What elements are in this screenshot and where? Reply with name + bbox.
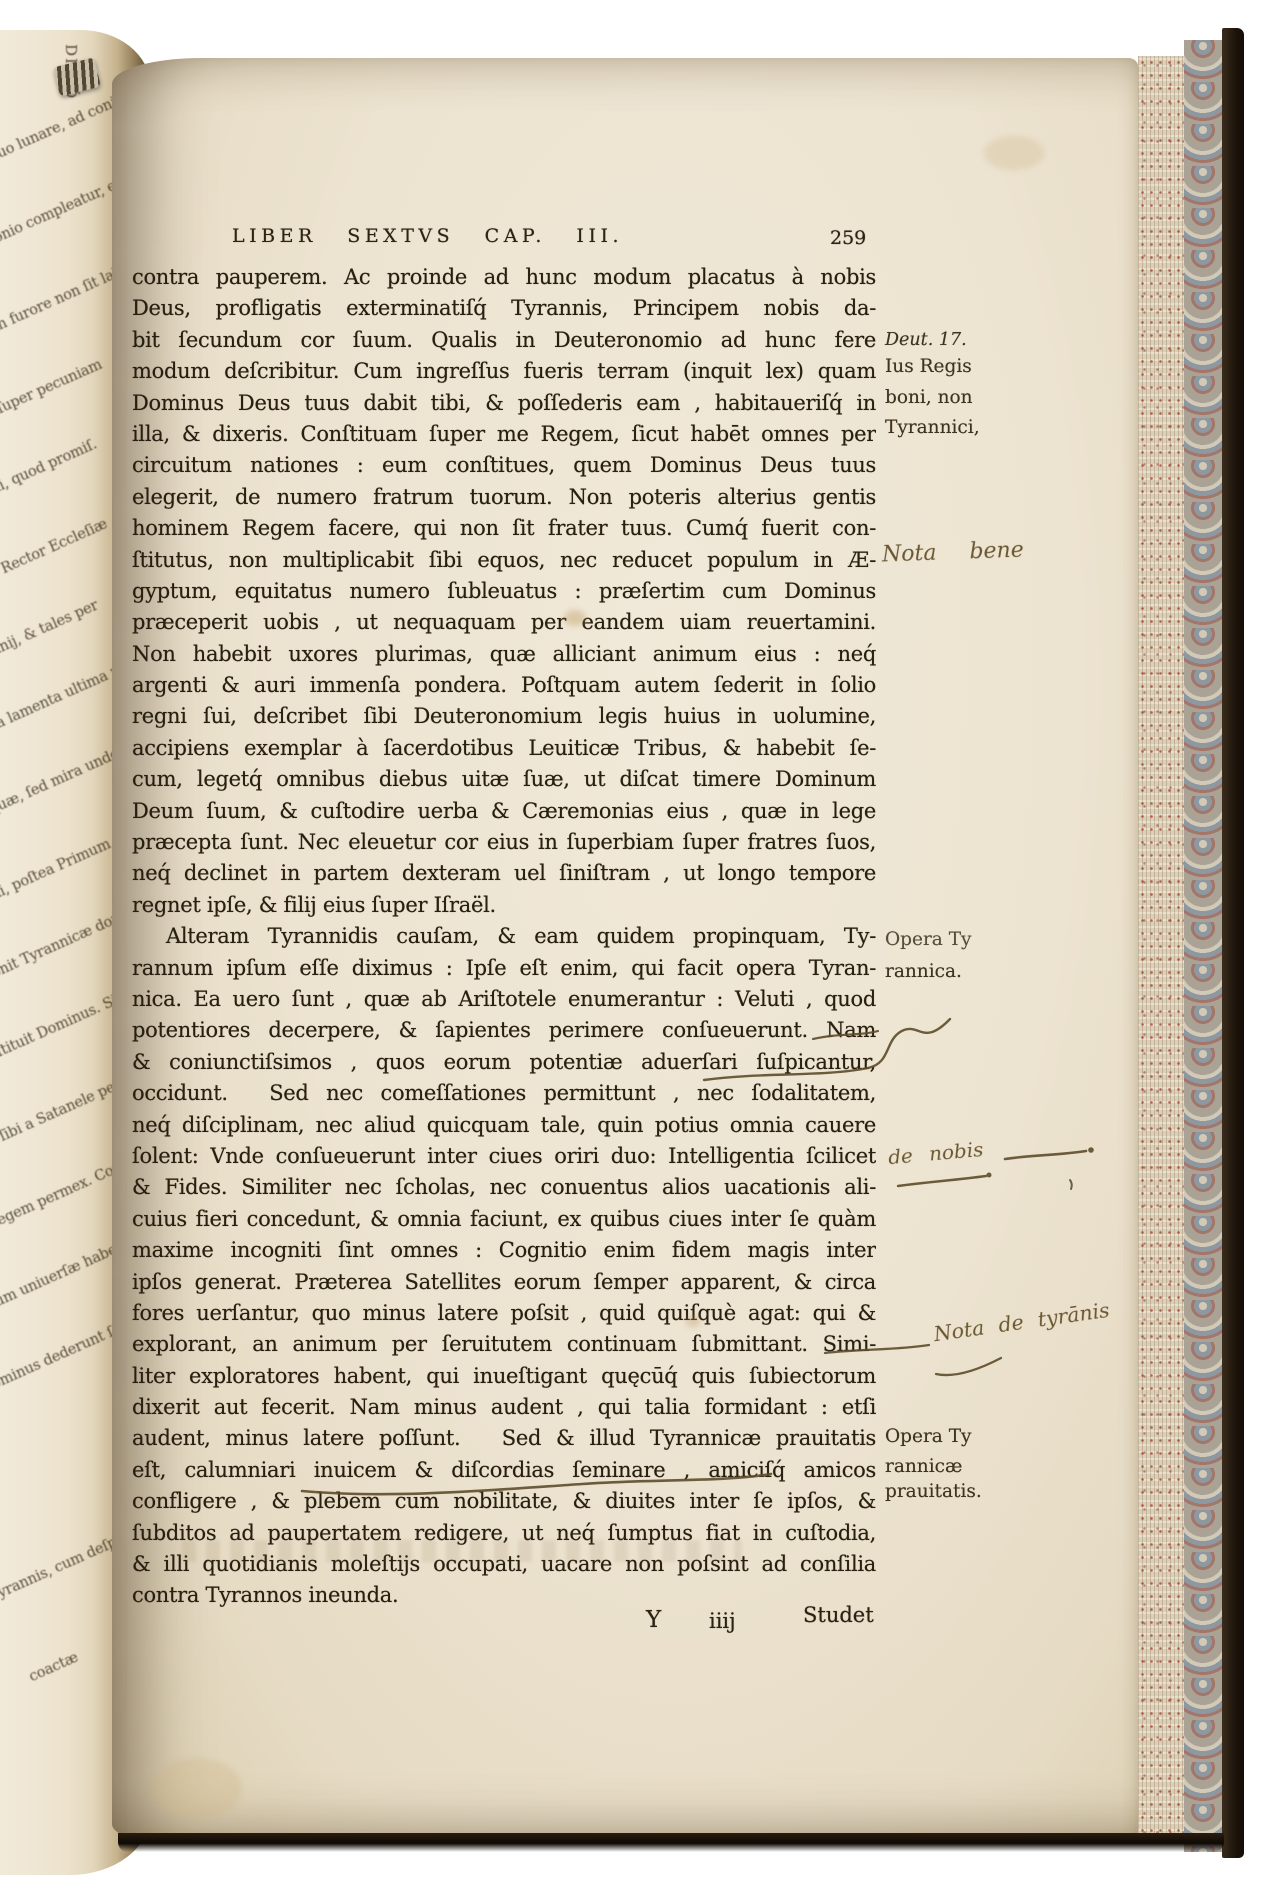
book-photo: DITIÕ auo lunare, ad conilla nonio compl… <box>0 0 1271 1890</box>
body-line: & coniunctiſsimos , quos eorum potentiæ … <box>132 1047 876 1078</box>
body-line: Deus, profligatis exterminatiſq́ Tyranni… <box>132 293 876 324</box>
body-line: hominem Regem facere, qui non ſit frater… <box>132 513 876 544</box>
margin-note: Deut. 17. <box>885 330 967 350</box>
catchword: Studet <box>803 1603 874 1627</box>
verso-text-fragment: coactæ <box>27 1650 81 1686</box>
body-line: Dominus Deus tuus dabit tibi, & poſſeder… <box>132 388 876 419</box>
page-number: 259 <box>830 227 866 249</box>
body-line: neq́ declinet in partem dexteram uel ſin… <box>132 858 876 889</box>
margin-note: Opera Ty <box>885 1426 972 1447</box>
body-line: præceperit uobis , ut nequaquam per eand… <box>132 607 876 638</box>
book-page: LIBER SEXTVS CAP. III. 259 contra pauper… <box>112 58 1138 1838</box>
ink-dash-de-nobis-2 <box>898 1176 986 1186</box>
margin-note: boni, non <box>885 387 973 408</box>
paper-stain <box>686 1316 700 1327</box>
handwritten-note: de nobis <box>887 1137 984 1169</box>
body-line: ſolent: Vnde conſueuerunt inter ciues or… <box>132 1141 876 1172</box>
paper-stain <box>152 1758 242 1818</box>
book-cover-edge <box>1222 28 1244 1858</box>
paper-stain <box>564 610 586 626</box>
ink-swash-tyrannis <box>936 1358 1001 1375</box>
body-line: dixerit aut fecerit. Nam minus audent , … <box>132 1392 876 1423</box>
verso-text-fragment: ſuper pecuniam <box>0 357 104 418</box>
body-line: circuitum nationes : eum conſtitues, que… <box>132 450 876 481</box>
verso-text-fragment: in furore non ſit lab. <box>0 262 129 335</box>
signature-numeral: iiij <box>709 1609 736 1633</box>
margin-note: Opera Ty <box>885 929 972 950</box>
margin-note: rannicæ <box>885 1456 962 1477</box>
body-line: explorant, an animum per ſeruitutem cont… <box>132 1329 876 1360</box>
verso-text-fragment: ai, quod promiſ. <box>0 436 99 497</box>
body-line: illa, & dixeris. Conſtituam ſuper me Reg… <box>132 419 876 450</box>
body-line: accipiens exemplar à ſacerdotibus Leuiti… <box>132 733 876 764</box>
body-line: audent, minus latere poſſunt. Sed & illu… <box>132 1423 876 1454</box>
handwritten-note: Nota bene <box>882 538 1025 568</box>
body-line: nica. Ea uero ſunt , quæ ab Ariſtotele e… <box>132 984 876 1015</box>
verso-text-fragment: nonio compleatur, ea <box>0 175 126 251</box>
paper-stain <box>984 136 1044 170</box>
body-line: cuius fieri concedunt, & omnia faciunt, … <box>132 1204 876 1235</box>
body-line: contra Tyrannos ineunda. <box>132 1580 876 1611</box>
body-line: neq́ diſciplinam, nec aliud quicquam tal… <box>132 1110 876 1141</box>
signature-mark: Y <box>646 1607 661 1633</box>
body-line: elegerit, de numero fratrum tuorum. Non … <box>132 482 876 513</box>
ink-mark-comma <box>1070 1180 1072 1189</box>
body-line: liter exploratores habent, qui inueſtiga… <box>132 1361 876 1392</box>
body-line: præcepta ſunt. Nec eleuetur cor eius in … <box>132 827 876 858</box>
body-line: regnet ipſe, & filij eius ſuper Iſraël. <box>132 890 876 921</box>
running-header: LIBER SEXTVS CAP. III. <box>232 225 623 247</box>
body-line: bit ſecundum cor ſuum. Qualis in Deutero… <box>132 325 876 356</box>
page-bottom-shadow <box>118 1833 1224 1852</box>
body-line: maxime incogniti ſint omnes : Cognitio e… <box>132 1235 876 1266</box>
body-line: ſtitutus, non multiplicabit ſibi equos, … <box>132 545 876 576</box>
verso-text-fragment: Rector Eccleſiæ <box>0 516 110 577</box>
ink-show-through <box>182 1540 742 1562</box>
margin-note: rannica. <box>885 961 962 982</box>
body-line: Deum ſuum, & cuſtodire uerba & Cæremonia… <box>132 796 876 827</box>
ink-dash-de-nobis-1 <box>1005 1151 1086 1159</box>
fore-edge <box>1138 56 1184 1838</box>
margin-note: prauitatis. <box>885 1481 982 1502</box>
body-line: cum, legetq́ omnibus diebus uitæ ſuæ, ut… <box>132 764 876 795</box>
body-line: eſt, calumniari inuicem & diſcordias ſem… <box>132 1455 876 1486</box>
handwritten-note: Nota de tyrānis <box>932 1298 1111 1346</box>
body-line: Alteram Tyrannidis cauſam, & eam quidem … <box>132 921 876 952</box>
body-line: potentiores decerpere, & ſapientes perim… <box>132 1015 876 1046</box>
body-line: regni ſui, deſcribet ſibi Deuteronomium … <box>132 701 876 732</box>
body-line: ipſos generat. Præterea Satellites eorum… <box>132 1267 876 1298</box>
body-line: & Fides. Similiter nec ſcholas, nec conu… <box>132 1172 876 1203</box>
margin-note: Ius Regis <box>885 356 972 377</box>
verso-text-fragment: hi, poſtea Primum <box>0 836 113 903</box>
body-line: contra pauperem. Ac proinde ad hunc modu… <box>132 262 876 293</box>
margin-note: Tyrannici, <box>885 417 980 438</box>
marbled-edge <box>1184 40 1222 1852</box>
body-line: fores uerſantur, quo minus latere poſsit… <box>132 1298 876 1329</box>
ink-dot <box>987 1173 992 1178</box>
body-line: occidunt. Sed nec comeſſationes permittu… <box>132 1078 876 1109</box>
body-line: argenti & auri immenſa pondera. Poſtquam… <box>132 670 876 701</box>
ink-dot <box>1088 1147 1094 1153</box>
body-line: Non habebit uxores plurimas, quæ allicia… <box>132 639 876 670</box>
body-line: rannum ipſum eſſe diximus : Ipſe eſt eni… <box>132 953 876 984</box>
body-line: gyptum, equitatus numero ſubleuatus : pr… <box>132 576 876 607</box>
text-block: contra pauperem. Ac proinde ad hunc modu… <box>132 262 876 1612</box>
body-line: modum deſcribitur. Cum ingreſſus fueris … <box>132 356 876 387</box>
verso-text-fragment: inij, & tales per <box>0 598 101 658</box>
body-line: confligere , & plebem cum nobilitate, & … <box>132 1486 876 1517</box>
